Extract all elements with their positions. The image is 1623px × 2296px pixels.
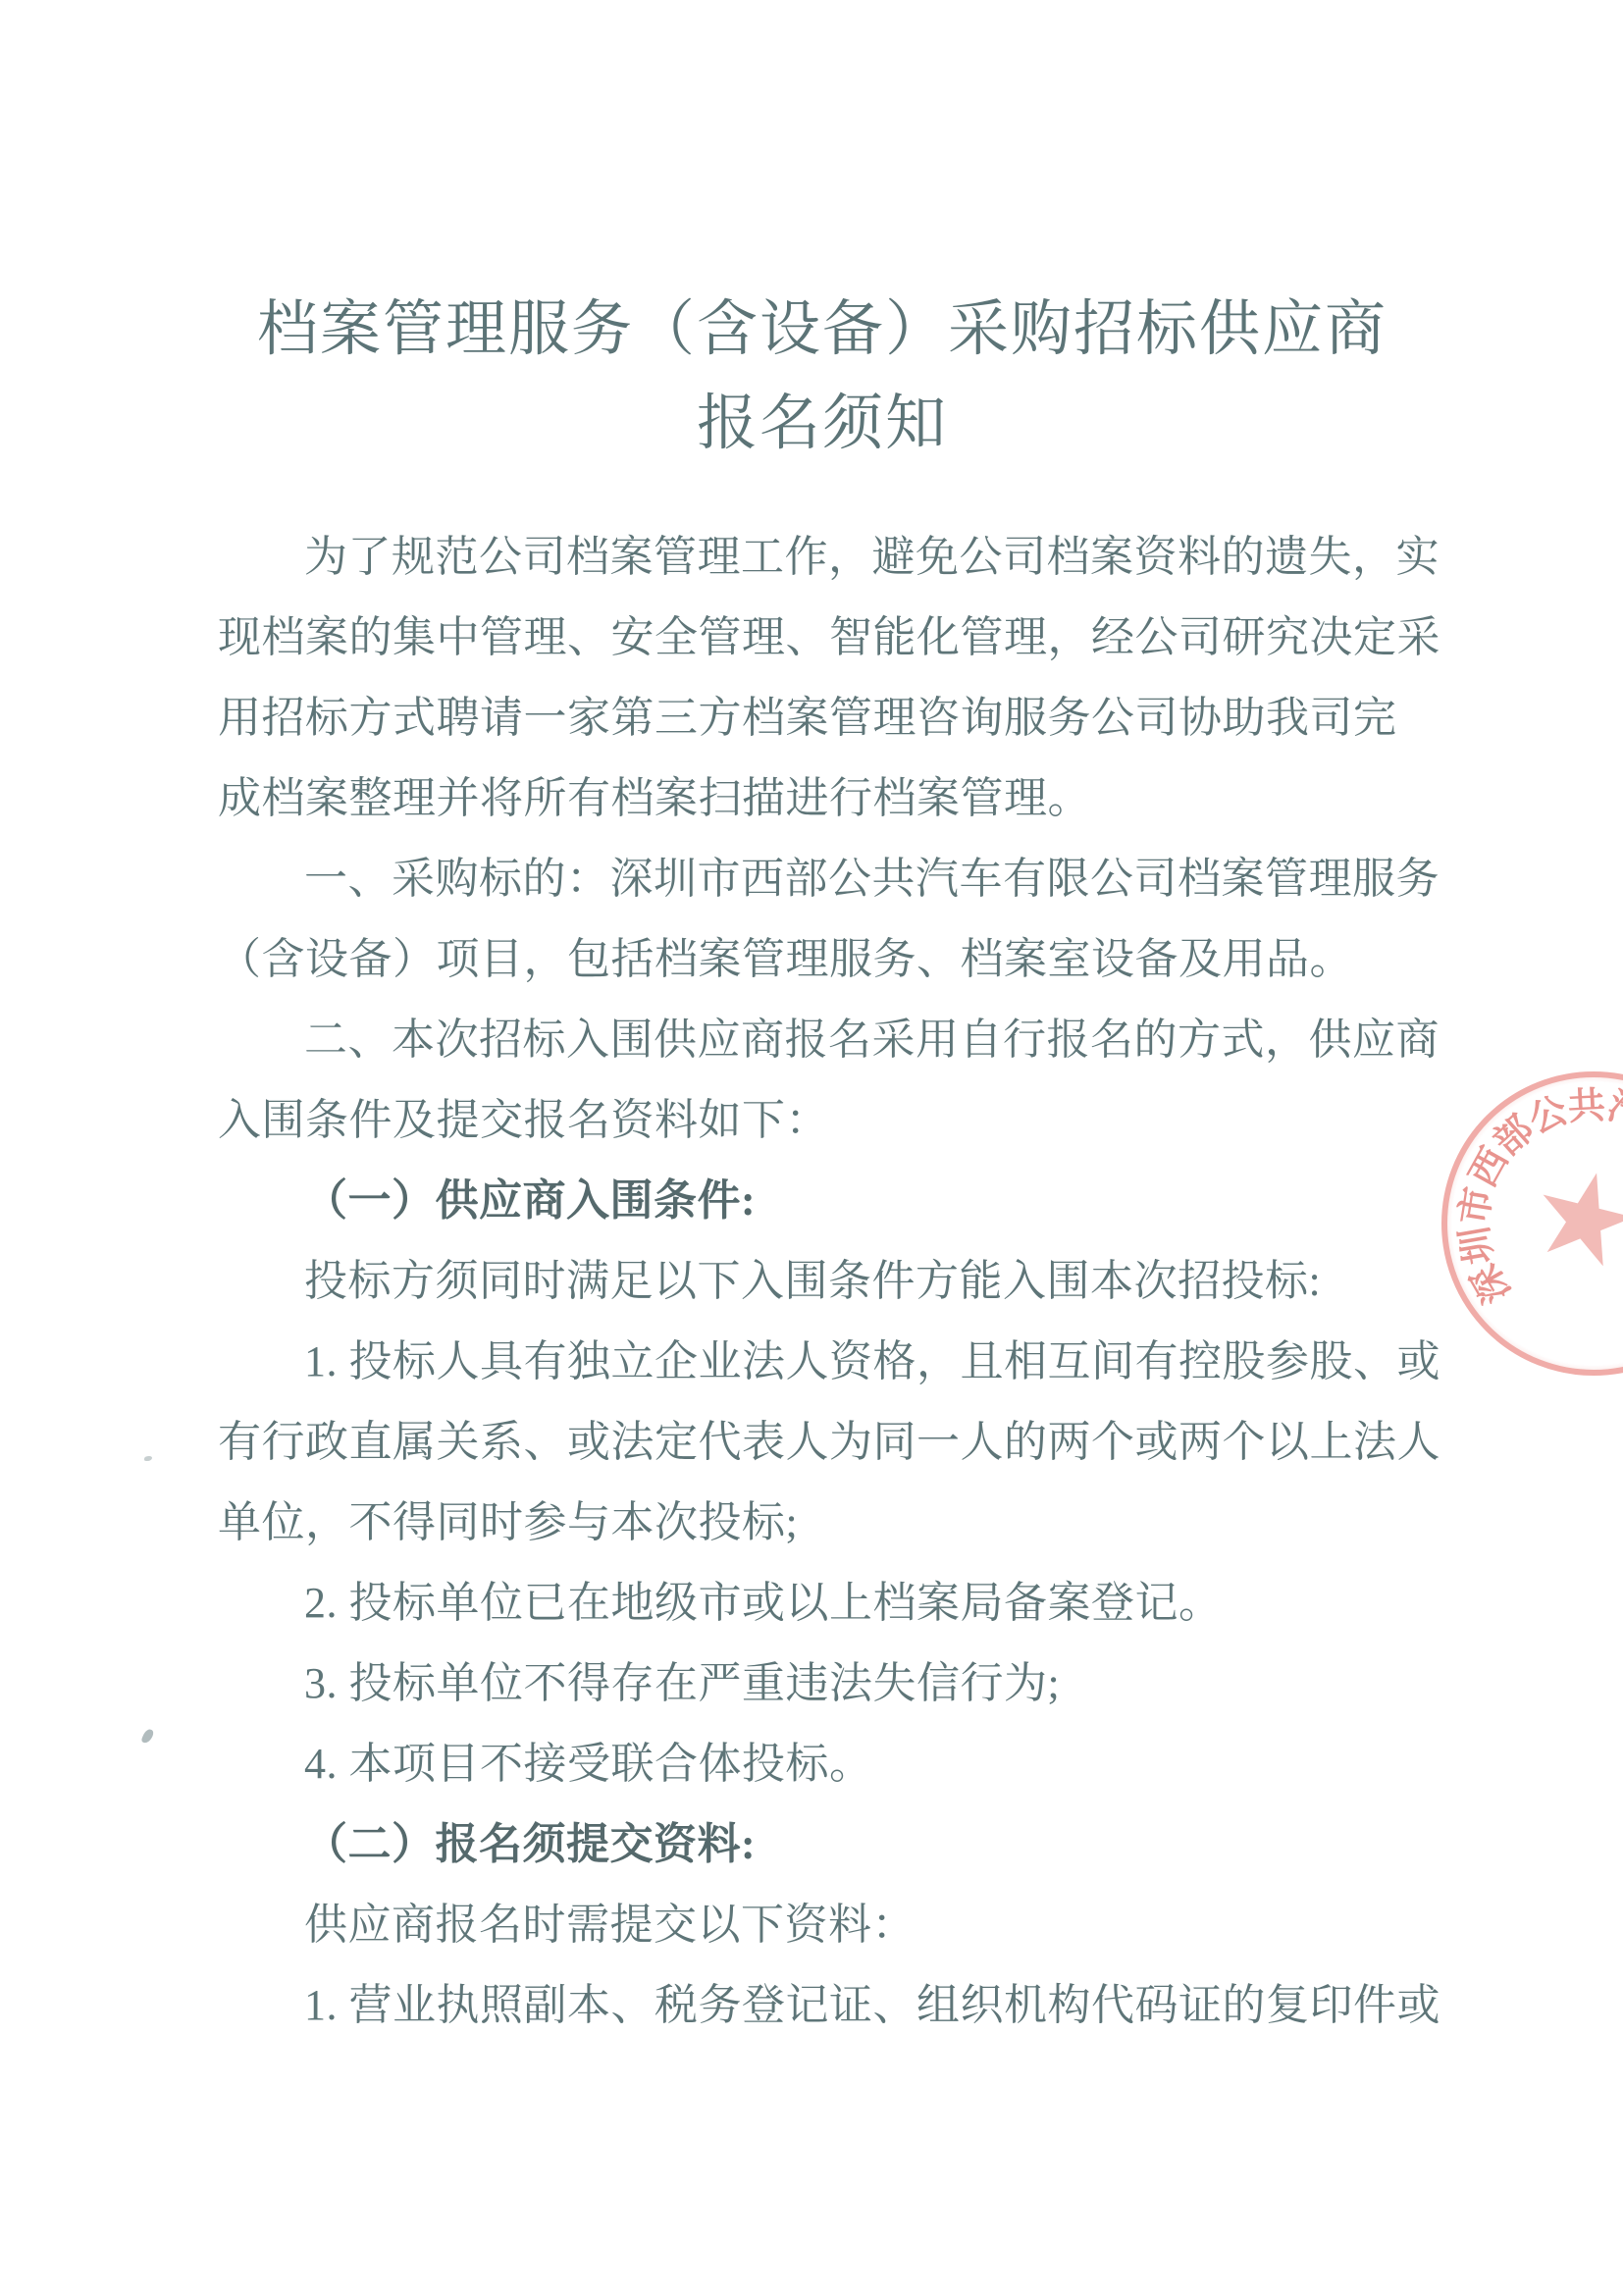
numbered-item: 2. 投标单位已在地级市或以上档案局备案登记。 [218,1563,1444,1644]
numbered-item: 1. 营业执照副本、税务登记证、组织机构代码证的复印件或 [218,1965,1444,2046]
numbered-item: 1. 投标人具有独立企业法人资格，且相互间有控股参股、或 [218,1322,1444,1402]
company-seal-stamp: 深 圳 市 西 部 公 共 汽 [1441,1071,1623,1376]
numbered-item: 3. 投标单位不得存在严重违法失信行为; [218,1644,1444,1724]
section-heading: （一）供应商入围条件: [218,1161,1444,1241]
body-line: （含设备）项目，包括档案管理服务、档案室设备及用品。 [218,919,1444,1000]
body-line: 成档案整理并将所有档案扫描进行档案管理。 [218,758,1444,839]
scanned-document-page: 档案管理服务（含设备）采购招标供应商 报名须知 为了规范公司档案管理工作，避免公… [0,0,1623,2296]
body-line: 现档案的集中管理、安全管理、智能化管理，经公司研究决定采 [218,598,1444,678]
document-body: 为了规范公司档案管理工作，避免公司档案资料的遗失，实 现档案的集中管理、安全管理… [218,517,1444,2046]
body-line: 二、本次招标入围供应商报名采用自行报名的方式，供应商 [218,1000,1444,1080]
body-line: 一、采购标的：深圳市西部公共汽车有限公司档案管理服务 [218,839,1444,919]
star-icon [1441,1071,1623,1376]
title-line-1: 档案管理服务（含设备）采购招标供应商 [207,283,1438,377]
scan-artifact [144,1456,152,1461]
numbered-item: 4. 本项目不接受联合体投标。 [218,1724,1444,1804]
section-heading: （二）报名须提交资料: [218,1804,1444,1885]
document-title: 档案管理服务（含设备）采购招标供应商 报名须知 [207,283,1438,471]
body-line: 有行政直属关系、或法定代表人为同一人的两个或两个以上法人 [218,1402,1444,1483]
body-line: 投标方须同时满足以下入围条件方能入围本次招投标: [218,1241,1444,1322]
scan-artifact [140,1728,154,1745]
body-line: 单位，不得同时参与本次投标; [218,1483,1444,1563]
body-line: 入围条件及提交报名资料如下： [218,1080,1444,1161]
body-line: 用招标方式聘请一家第三方档案管理咨询服务公司协助我司完 [218,678,1444,758]
title-line-2: 报名须知 [207,377,1438,471]
body-line: 供应商报名时需提交以下资料： [218,1885,1444,1965]
body-line: 为了规范公司档案管理工作，避免公司档案资料的遗失，实 [218,517,1444,598]
